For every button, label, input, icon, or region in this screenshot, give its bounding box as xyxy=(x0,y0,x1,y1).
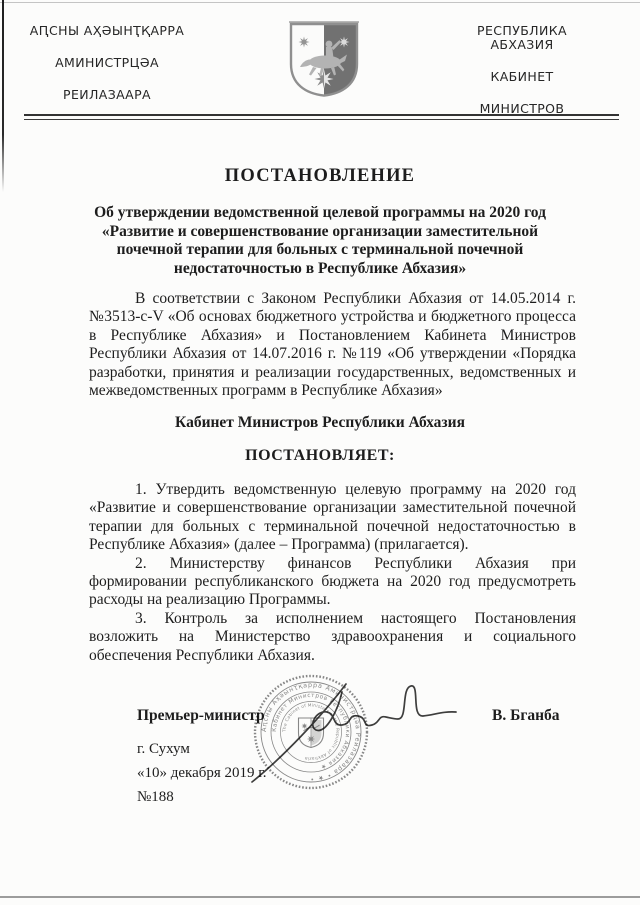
scan-edge-bottom xyxy=(0,896,640,898)
resolves-heading: ПОСТАНОВЛЯЕТ: xyxy=(0,447,640,465)
resolution-items: 1. Утвердить ведомственную целевую прогр… xyxy=(89,481,576,665)
scan-edge-top xyxy=(0,2,640,3)
issue-city: г. Сухум xyxy=(137,741,190,758)
resolution-item-1: 1. Утвердить ведомственную целевую прогр… xyxy=(89,481,576,555)
letterhead-line: РЕСПУБЛИКА АБХАЗИЯ xyxy=(446,24,598,52)
letterhead-russian: РЕСПУБЛИКА АБХАЗИЯ КАБИНЕТ МИНИСТРОВ xyxy=(446,24,598,116)
document-title: Об утверждении ведомственной целевой про… xyxy=(80,204,560,278)
document-number: №188 xyxy=(137,789,174,806)
scan-edge-left xyxy=(2,0,4,192)
signatory-name: В. Бганба xyxy=(492,707,560,725)
resolution-item-2: 2. Министерству финансов Республики Абха… xyxy=(89,555,576,610)
letterhead-line: АԤСНЫ АҲӘЫНҬҚАРРА xyxy=(28,24,186,38)
header-divider xyxy=(24,114,619,120)
resolution-item-3: 3. Контроль за исполнением настоящего По… xyxy=(89,610,576,665)
letterhead-abkhaz: АԤСНЫ АҲӘЫНҬҚАРРА АМИНИСТРЦӘА РЕИЛАЗААРА xyxy=(28,24,186,102)
abkhazia-coat-of-arms-icon xyxy=(288,21,360,99)
document-page: АԤСНЫ АҲӘЫНҬҚАРРА АМИНИСТРЦӘА РЕИЛАЗААРА xyxy=(0,0,640,905)
letterhead-line: РЕИЛАЗААРА xyxy=(28,88,186,102)
issuing-authority: Кабинет Министров Республики Абхазия xyxy=(0,414,640,432)
letterhead-line: КАБИНЕТ xyxy=(446,70,598,84)
preamble-paragraph: В соответствии с Законом Республики Абха… xyxy=(89,290,576,400)
document-kind-heading: ПОСТАНОВЛЕНИЕ xyxy=(0,166,640,187)
letterhead-line: АМИНИСТРЦӘА xyxy=(28,56,186,70)
handwritten-signature-icon xyxy=(238,668,473,788)
